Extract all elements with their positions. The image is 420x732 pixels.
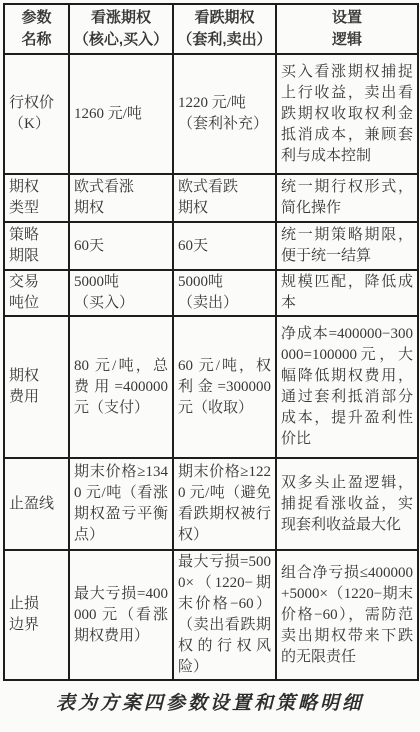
cell-call: 1260 元/吨: [69, 54, 173, 174]
cell-put: 1220 元/吨 （套利补充）: [173, 54, 276, 174]
cell-param: 行权价 （K）: [4, 54, 69, 174]
table-caption: 表为方案四参数设置和策略明细: [0, 688, 420, 715]
cell-call: 期末价格≥1340 元/吨（看涨期权盈亏平衡点）: [69, 458, 173, 550]
cell-param: 交易 吨位: [4, 270, 69, 316]
header-setting-logic: 设置 逻辑: [276, 4, 418, 54]
cell-call: 5000吨 （买入）: [69, 270, 173, 316]
cell-param: 期权 类型: [4, 174, 69, 222]
header-call-option: 看涨期权 （核心,买入）: [69, 4, 173, 54]
cell-call: 欧式看涨 期权: [69, 174, 173, 222]
cell-logic: 规模匹配，降低成本: [276, 270, 418, 316]
cell-logic: 统一期策略期限，便于统一结算: [276, 222, 418, 270]
cell-param: 止损 边界: [4, 550, 69, 680]
cell-put: 60 元/吨，权利金=300000元（收取）: [173, 316, 276, 458]
cell-logic: 净成本=400000−300000=100000元，大幅降低期权费用，通过套利抵…: [276, 316, 418, 458]
header-param-name: 参数 名称: [4, 4, 69, 54]
cell-put: 期末价格≥1220 元/吨（避免看跌期权被行权）: [173, 458, 276, 550]
cell-logic: 组合净亏损≤400000+5000×（1220−期末价格−60），需防范卖出期权…: [276, 550, 418, 680]
table-row-take-profit-line: 止盈线 期末价格≥1340 元/吨（看涨期权盈亏平衡点） 期末价格≥1220 元…: [4, 458, 418, 550]
table-row-option-cost: 期权 费用 80 元/吨，总费用=400000元（支付） 60 元/吨，权利金=…: [4, 316, 418, 458]
parameters-table: 参数 名称 看涨期权 （核心,买入） 看跌期权 （套利,卖出） 设置 逻辑 行权…: [3, 3, 419, 681]
page: 参数 名称 看涨期权 （核心,买入） 看跌期权 （套利,卖出） 设置 逻辑 行权…: [0, 0, 420, 732]
cell-call: 80 元/吨，总费用=400000元（支付）: [69, 316, 173, 458]
cell-put: 5000吨 （卖出）: [173, 270, 276, 316]
cell-param: 止盈线: [4, 458, 69, 550]
cell-param: 期权 费用: [4, 316, 69, 458]
header-put-option: 看跌期权 （套利,卖出）: [173, 4, 276, 54]
cell-put: 最大亏损=5000×（1220−期末价格−60）（卖出看跌期权的行权风险）: [173, 550, 276, 680]
cell-put: 60天: [173, 222, 276, 270]
table-row-strike-price: 行权价 （K） 1260 元/吨 1220 元/吨 （套利补充） 买入看涨期权捕…: [4, 54, 418, 174]
table-row-stop-loss-boundary: 止损 边界 最大亏损=400000 元（看涨期权费用） 最大亏损=5000×（1…: [4, 550, 418, 680]
table-header-row: 参数 名称 看涨期权 （核心,买入） 看跌期权 （套利,卖出） 设置 逻辑: [4, 4, 418, 54]
cell-param: 策略 期限: [4, 222, 69, 270]
cell-logic: 统一期行权形式，简化操作: [276, 174, 418, 222]
cell-put: 欧式看跌 期权: [173, 174, 276, 222]
table-row-strategy-term: 策略 期限 60天 60天 统一期策略期限，便于统一结算: [4, 222, 418, 270]
cell-logic: 买入看涨期权捕捉上行收益，卖出看跌期权收取权利金抵消成本，兼顾套利与成本控制: [276, 54, 418, 174]
cell-call: 最大亏损=400000 元（看涨期权费用）: [69, 550, 173, 680]
table-row-trade-tonnage: 交易 吨位 5000吨 （买入） 5000吨 （卖出） 规模匹配，降低成本: [4, 270, 418, 316]
table-row-option-type: 期权 类型 欧式看涨 期权 欧式看跌 期权 统一期行权形式，简化操作: [4, 174, 418, 222]
cell-call: 60天: [69, 222, 173, 270]
cell-logic: 双多头止盈逻辑，捕捉看涨收益，实现套利收益最大化: [276, 458, 418, 550]
